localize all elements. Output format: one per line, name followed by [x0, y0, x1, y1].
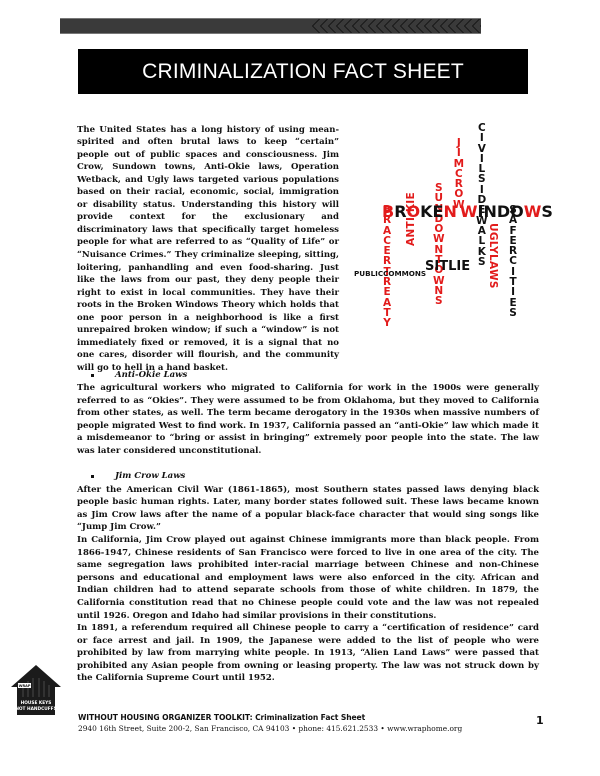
word-jimcrow: JIMCROW — [453, 138, 465, 210]
page-footer: WITHOUT HOUSING ORGANIZER TOOLKIT: Crimi… — [78, 712, 548, 734]
svg-text:WRAP: WRAP — [19, 684, 31, 688]
section-paragraph: In 1891, a referendum required all Chine… — [77, 622, 539, 685]
word-safercities: SAFERCITIES — [509, 205, 517, 318]
bullet-icon — [91, 374, 94, 377]
title-banner: CRIMINALIZATION FACT SHEET — [78, 49, 528, 94]
section-heading-anti-okie: Anti-Okie Laws — [91, 368, 539, 382]
section-title: Anti-Okie Laws — [115, 369, 187, 382]
section-title: Jim Crow Laws — [115, 470, 185, 483]
page-title: CRIMINALIZATION FACT SHEET — [142, 60, 464, 84]
word-publiccommons: PUBLICCOMMONS — [354, 269, 426, 278]
intro-paragraph: The United States has a long history of … — [77, 124, 339, 375]
wrap-logo: WRAP HOUSE KEYS NOT HANDCUFFS — [9, 663, 63, 717]
fact-sections: Anti-Okie Laws The agricultural workers … — [77, 368, 539, 685]
section-paragraph: The agricultural workers who migrated to… — [77, 382, 539, 458]
word-uglylaws: UGLYLAWS — [487, 223, 499, 289]
footer-doc-title: Criminalization Fact Sheet — [255, 713, 365, 722]
page-number: 1 — [536, 714, 544, 727]
footer-org: WITHOUT HOUSING ORGANIZER TOOLKIT — [78, 713, 250, 722]
section-heading-jim-crow: Jim Crow Laws — [91, 470, 539, 484]
svg-text:NOT HANDCUFFS: NOT HANDCUFFS — [15, 706, 56, 712]
section-paragraph: In California, Jim Crow played out again… — [77, 534, 539, 622]
svg-text:HOUSE KEYS: HOUSE KEYS — [21, 700, 52, 706]
footer-title-line: WITHOUT HOUSING ORGANIZER TOOLKIT: Crimi… — [78, 712, 548, 723]
word-broken-windows: BROKENWINDOWS — [382, 202, 553, 221]
header-decorative-bar — [60, 18, 481, 34]
word-civilsidewalks: CIVILSIDEWALKS — [476, 123, 488, 267]
word-cloud-graphic: BRACERTREATY ANTI-KIE SUNDOWNTOWNS JIMCR… — [350, 115, 550, 360]
footer-address: 2940 16th Street, Suite 200-2, San Franc… — [78, 723, 548, 734]
word-sitlie: SITLIE — [425, 259, 470, 274]
bullet-icon — [91, 475, 94, 478]
section-paragraph: After the American Civil War (1861-1865)… — [77, 484, 539, 534]
house-icon: WRAP HOUSE KEYS NOT HANDCUFFS — [9, 663, 63, 717]
chevron-arrows-decoration — [312, 19, 481, 33]
word-bracertreaty: BRACERTREATY — [383, 205, 391, 329]
